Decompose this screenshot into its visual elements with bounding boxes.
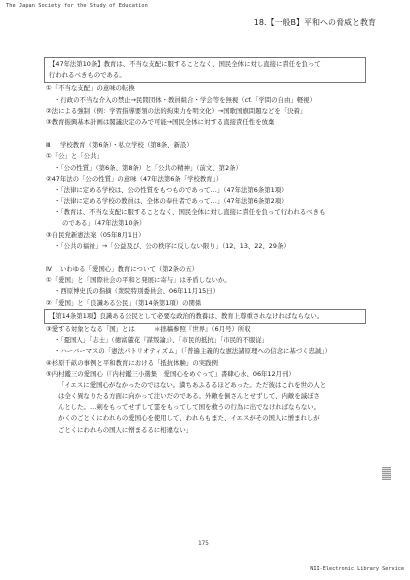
list-item: ③教育振興基本計画は閣議決定のみで可能→国民全体に対する直接責任性を放棄 [46, 117, 366, 128]
library-service-footer: NII-Electronic Library Service [310, 566, 404, 572]
list-item: ⑤内村鑑三の愛国心（『内村鑑三小選集 愛国心をめぐって』書肆心水、06年12月刊… [46, 369, 366, 380]
section-iii: Ⅲ学校教育（第6条）・私立学校（第8条、新設） ①「公」と「公共」 ・「公の性質… [46, 140, 366, 252]
quote-line: は全く異なりたる方面に向かって注いだのである。外敵を倒さんとせずして、内敵を滅ぼ… [46, 391, 366, 402]
article-10-line: 【47年法第10条】教育は、不当な支配に服することなく、国民全体に対し直接に責任… [49, 59, 361, 70]
scan-stamp-mark [382, 467, 391, 480]
list-item: のである」（47年法第10条） [46, 218, 366, 229]
list-item: ②「愛国」と「良識ある公民」（第14条第1項）の関係 [46, 298, 366, 309]
list-item: ・「公の性質」（第6条、第8条）と「公共の精神」（前文、第2条） [46, 163, 366, 174]
list-item: ・行政の不当な介入の禁止→民間団体・教員組合・学会等を無視（cf.「学問の自由」… [46, 95, 366, 106]
list-item: ②法による強制（例：学習指導要領の法的拘束力を明文化）→国歌国旗問題などを「決着… [46, 106, 366, 117]
quote-line: かくのごとくにわれらの愛国心を使用して、われらもまた、イエスがその国人に憎まれし… [46, 413, 366, 424]
article-10-box: 【47年法第10条】教育は、不当な支配に服することなく、国民全体に対し直接に責任… [44, 57, 366, 83]
article-10-line: 行われるべきものである。 [49, 70, 361, 81]
list-item: ・「法律に定める学校は、公の性質をもつものであって…」（47年法第6条第1項） [46, 185, 366, 196]
section-numeral: Ⅲ [46, 140, 60, 151]
section-title: 学校教育（第6条）・私立学校（第8条、新設） [60, 141, 193, 149]
section-numeral: Ⅳ [46, 264, 60, 275]
list-item: ①「愛国」と「国際社会の平和と発展に寄与」は矛盾しないか。 [46, 275, 366, 286]
page-number: 175 [198, 540, 209, 547]
list-item: ④杉原千畝の事例と平和教育における「抵抗体験」の実践例 [46, 358, 366, 369]
list-item: ・ハーバーマスの「憲法パトリオティズム」（「普遍主義的な憲法諸原理への信念に基づ… [46, 346, 366, 357]
list-item: ・「教育は、不当な支配に服することなく、国民全体に対し直接に責任を負って行われる… [46, 207, 366, 218]
article-14-line: 【第14条第1項】良識ある公民として必要な政治的教養は、教育上尊重されなければな… [49, 311, 361, 322]
list-item: ③愛する対象となる「国」とは ＊拙稿参照『世界』（6月号）所収 [46, 324, 366, 335]
document-body: 【47年法第10条】教育は、不当な支配に服することなく、国民全体に対し直接に責任… [46, 57, 366, 436]
list-item: ・「法律に定める学校の教員は、全体の奉仕者であって…」（47年法第6条第2項） [46, 196, 366, 207]
list-item: ①「公」と「公共」 [46, 151, 366, 162]
list-item: ①「不当な支配」の意味の転換 [46, 83, 366, 94]
quote-line: んとした。…剣をもってせずして霊をもってして国を救うの行為に出でなければならない… [46, 402, 366, 413]
page-section-title: 18.【一般B】平和への脅威と教育 [254, 17, 376, 28]
section-iv-heading: Ⅳいわゆる「愛国心」教育について（第2条の五） [46, 264, 366, 275]
list-item: ③自民党新憲法案（05年8月1日） [46, 230, 366, 241]
list-item: ・西原博史氏の指摘（衆院特別委員会、06年11月15日） [46, 286, 366, 297]
list-item: ・「憂国人」「志士」（徳富蘆花『謀叛論』）、「市民的抵抗」「市民的不服従」 [46, 335, 366, 346]
section-title: いわゆる「愛国心」教育について（第2条の五） [60, 265, 198, 273]
uchimura-quote: 「イエスに愛国心がなかったのではない。満ちあふるるほどあった。ただ彼はこれを世の… [46, 380, 366, 436]
list-item: ・「公共の福祉」→「公益及び、公の秩序に反しない限り」（12、13、22、29条… [46, 241, 366, 252]
section-iii-heading: Ⅲ学校教育（第6条）・私立学校（第8条、新設） [46, 140, 366, 151]
society-header: The Japan Society for the Study of Educa… [6, 3, 148, 9]
quote-line: 「イエスに愛国心がなかったのではない。満ちあふるるほどあった。ただ彼はこれを世の… [46, 380, 366, 391]
section-iv: Ⅳいわゆる「愛国心」教育について（第2条の五） ①「愛国」と「国際社会の平和と発… [46, 264, 366, 436]
quote-line: ごとくにわれらの国人に憎まるるに相違ない」 [46, 425, 366, 436]
section-ii-list: ①「不当な支配」の意味の転換 ・行政の不当な介入の禁止→民間団体・教員組合・学会… [46, 83, 366, 128]
article-14-box: 【第14条第1項】良識ある公民として必要な政治的教養は、教育上尊重されなければな… [44, 309, 366, 324]
list-item: ②47年法の「公の性質」の意味（47年法第6条「学校教育」） [46, 174, 366, 185]
